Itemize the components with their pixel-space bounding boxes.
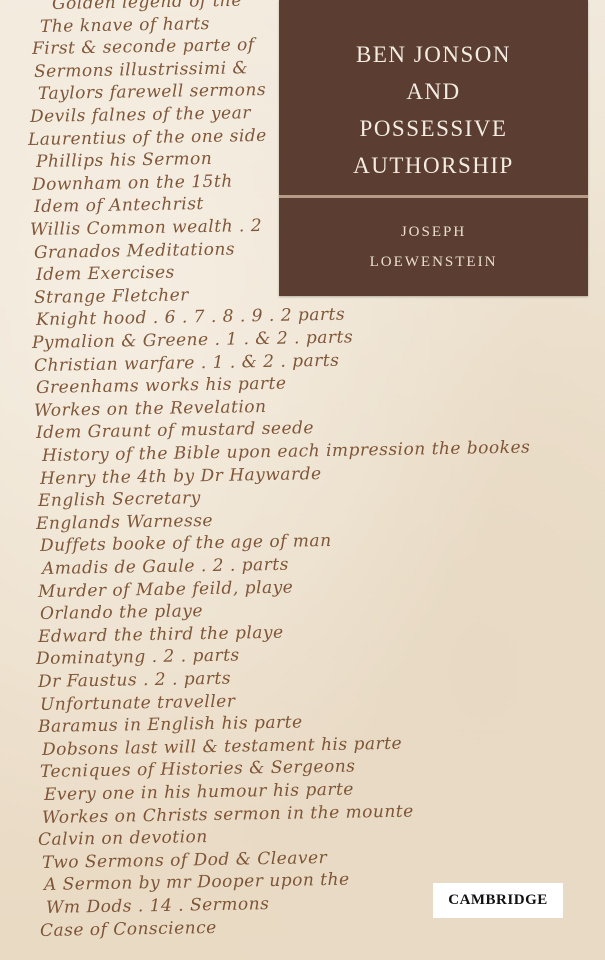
manuscript-line: Edward the third the playe	[38, 623, 284, 647]
manuscript-line: History of the Bible upon each impressio…	[42, 437, 531, 466]
manuscript-line: Taylors farewell sermons	[38, 80, 266, 104]
manuscript-line: Duffets booke of the age of man	[40, 531, 332, 556]
manuscript-line: Unfortunate traveller	[40, 691, 236, 714]
manuscript-line: Phillips his Sermon	[36, 149, 213, 172]
manuscript-line: Orlando the playe	[40, 601, 203, 624]
manuscript-line: Idem Exercises	[36, 263, 175, 285]
title-block: BEN JONSON AND POSSESSIVE AUTHORSHIP JOS…	[279, 0, 588, 296]
manuscript-line: A Sermon by mr Dooper upon the	[44, 870, 350, 895]
publisher-logo: CAMBRIDGE	[433, 883, 563, 918]
book-title: BEN JONSON AND POSSESSIVE AUTHORSHIP	[279, 36, 588, 184]
manuscript-line: Tecniques of Histories & Sergeons	[40, 757, 356, 783]
book-author: JOSEPH LOEWENSTEIN	[279, 217, 588, 277]
manuscript-line: Baramus in English his parte	[38, 713, 303, 738]
author-line: JOSEPH	[279, 217, 588, 247]
manuscript-line: Workes on the Revelation	[34, 397, 267, 421]
manuscript-line: Golden legend of the	[52, 0, 242, 14]
manuscript-line: Englands Warnesse	[36, 511, 213, 534]
manuscript-line: The knave of harts	[40, 14, 210, 37]
manuscript-line: Workes on Christs sermon in the mounte	[42, 801, 414, 827]
manuscript-line: Idem of Antechrist	[34, 194, 204, 217]
manuscript-line: Every one in his humour his parte	[44, 780, 354, 805]
title-line: BEN JONSON	[279, 36, 588, 73]
manuscript-line: Greenhams works his parte	[36, 374, 287, 398]
manuscript-line: Murder of Mabe feild, playe	[38, 577, 294, 601]
manuscript-line: Willis Common wealth . 2	[30, 216, 262, 240]
title-line: AND	[279, 73, 588, 110]
manuscript-line: Devils falnes of the year	[30, 103, 251, 127]
publisher-name: CAMBRIDGE	[448, 892, 548, 909]
author-line: LOEWENSTEIN	[279, 247, 588, 277]
manuscript-line: Calvin on devotion	[38, 827, 208, 850]
manuscript-line: Sermons illustrissimi &	[34, 58, 248, 82]
manuscript-line: Strange Fletcher	[34, 285, 189, 308]
manuscript-line: Henry the 4th by Dr Haywarde	[40, 464, 322, 489]
title-divider	[279, 195, 588, 198]
title-line: POSSESSIVE	[279, 110, 588, 147]
manuscript-line: Two Sermons of Dod & Cleaver	[42, 848, 328, 873]
title-line: AUTHORSHIP	[279, 147, 588, 184]
manuscript-line: Idem Graunt of mustard seede	[36, 419, 314, 444]
manuscript-line: Christian warfare . 1 . & 2 . parts	[34, 350, 340, 375]
manuscript-line: Knight hood . 6 . 7 . 8 . 9 . 2 parts	[36, 305, 346, 330]
manuscript-line: English Secretary	[38, 488, 201, 511]
manuscript-line: First & seconde parte of	[32, 35, 255, 59]
manuscript-line: Granados Meditations	[34, 239, 235, 263]
manuscript-line: Dr Faustus . 2 . parts	[38, 669, 231, 692]
manuscript-line: Case of Conscience	[40, 918, 217, 941]
manuscript-line: Amadis de Gaule . 2 . parts	[42, 555, 289, 579]
manuscript-line: Wm Dods . 14 . Sermons	[46, 894, 270, 918]
manuscript-line: Laurentius of the one side	[28, 125, 267, 149]
manuscript-line: Dominatyng . 2 . parts	[36, 646, 240, 670]
book-cover: Golden legend of theThe knave of hartsFi…	[0, 0, 605, 960]
manuscript-line: Pymalion & Greene . 1 . & 2 . parts	[32, 327, 353, 353]
manuscript-line: Downham on the 15th	[32, 171, 233, 194]
